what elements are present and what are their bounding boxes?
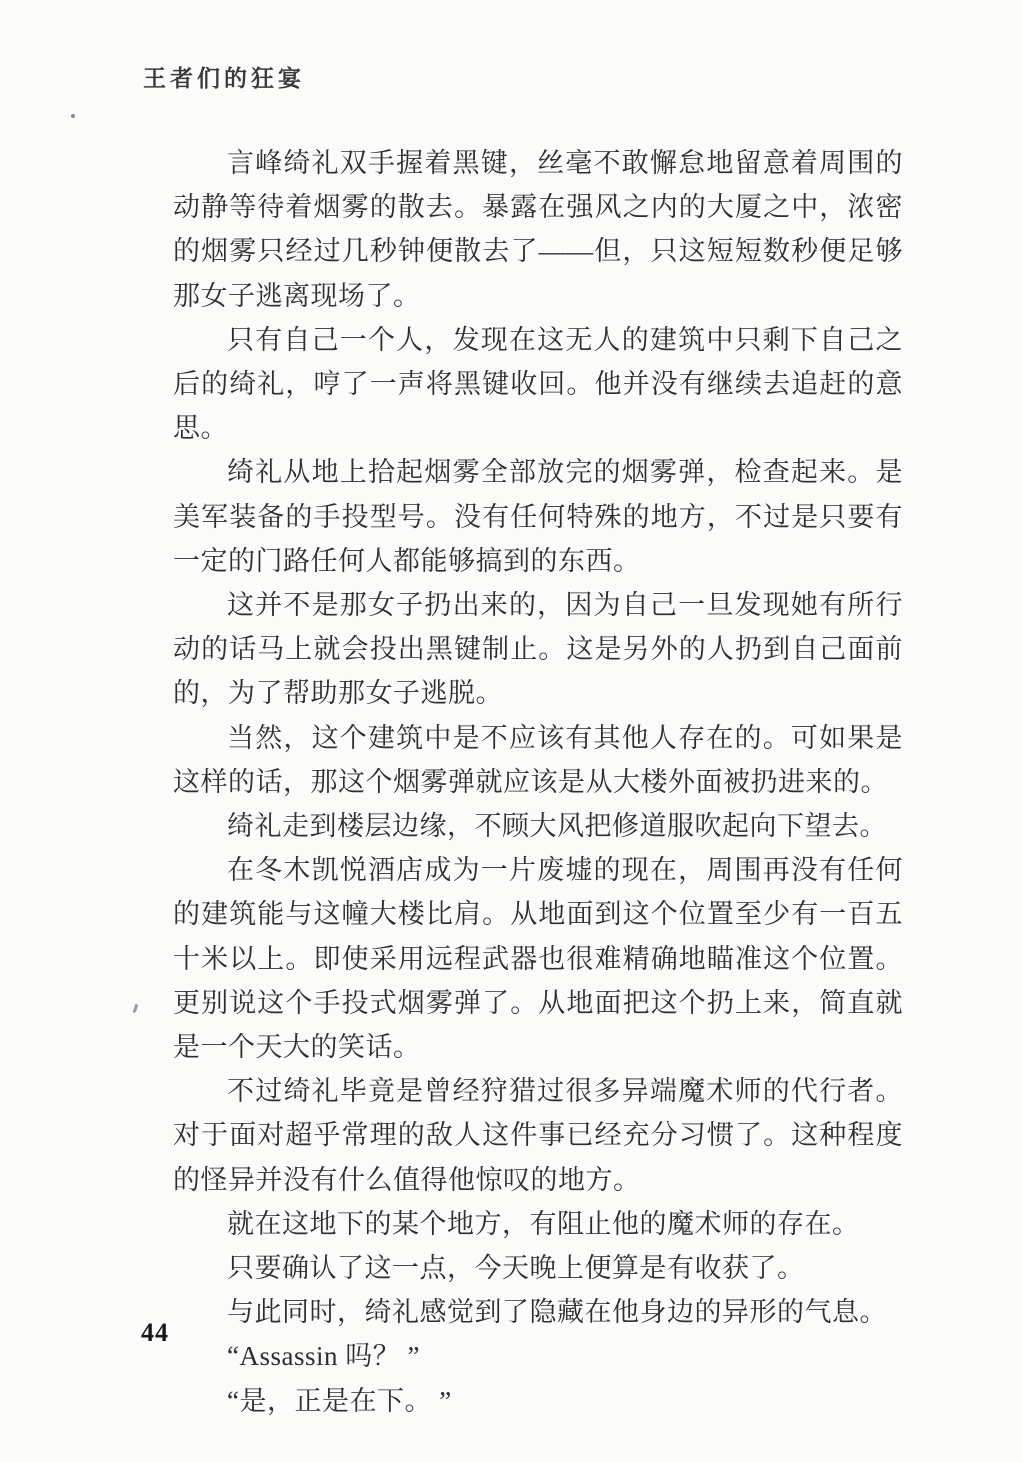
body-text: 言峰绮礼双手握着黑键，丝毫不敢懈怠地留意着周围的动静等待着烟雾的散去。暴露在强风… <box>173 141 903 1423</box>
paragraph: 这并不是那女子扔出来的，因为自己一旦发现她有所行动的话马上就会投出黑键制止。这是… <box>173 583 903 716</box>
paragraph: 与此同时，绮礼感觉到了隐藏在他身边的异形的气息。 <box>173 1290 903 1334</box>
paragraph: 只要确认了这一点，今天晚上便算是有收获了。 <box>173 1246 903 1290</box>
dialogue-line: “是，正是在下。 ” <box>173 1379 903 1423</box>
paragraph: 就在这地下的某个地方，有阻止他的魔术师的存在。 <box>173 1202 903 1246</box>
book-page: 王者们的狂宴 言峰绮礼双手握着黑键，丝毫不敢懈怠地留意着周围的动静等待着烟雾的散… <box>0 0 1022 1462</box>
running-header-title: 王者们的狂宴 <box>143 60 305 93</box>
paragraph: 言峰绮礼双手握着黑键，丝毫不敢懈怠地留意着周围的动静等待着烟雾的散去。暴露在强风… <box>173 141 903 318</box>
scan-speck <box>71 114 75 118</box>
paragraph: 当然，这个建筑中是不应该有其他人存在的。可如果是这样的话，那这个烟雾弹就应该是从… <box>173 716 903 804</box>
scan-speck <box>133 1004 139 1013</box>
page-number: 44 <box>141 1318 169 1348</box>
paragraph: 在冬木凯悦酒店成为一片废墟的现在，周围再没有任何的建筑能与这幢大楼比肩。从地面到… <box>173 848 903 1069</box>
paragraph: 不过绮礼毕竟是曾经狩猎过很多异端魔术师的代行者。对于面对超乎常理的敌人这件事已经… <box>173 1069 903 1202</box>
dialogue-line: “Assassin 吗？ ” <box>173 1334 903 1378</box>
paragraph: 绮礼从地上拾起烟雾全部放完的烟雾弹，检查起来。是美军装备的手投型号。没有任何特殊… <box>173 450 903 583</box>
paragraph: 绮礼走到楼层边缘，不顾大风把修道服吹起向下望去。 <box>173 804 903 848</box>
paragraph: 只有自己一个人，发现在这无人的建筑中只剩下自己之后的绮礼，哼了一声将黑键收回。他… <box>173 318 903 451</box>
